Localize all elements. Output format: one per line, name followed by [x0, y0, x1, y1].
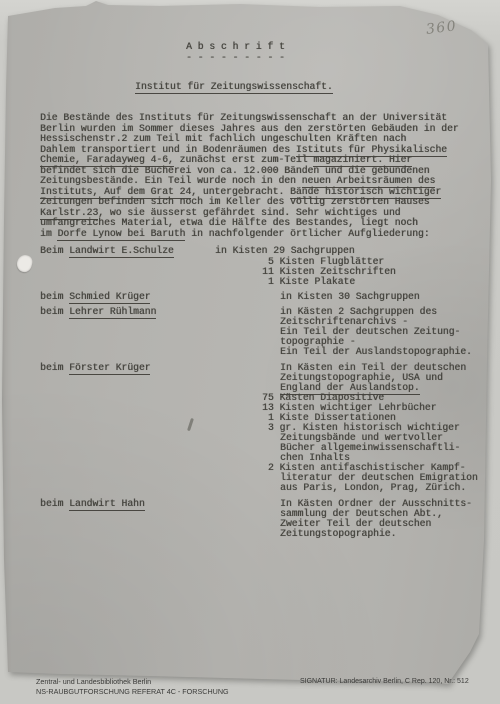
- para-line-9: Zeitungen befinden sich noch im Keller d…: [40, 197, 430, 207]
- title-dashes: - - - - - - - - -: [186, 53, 285, 63]
- entry-schmied-krueger-line-1: in Kisten 30 Sachgruppen: [280, 292, 420, 302]
- archive-footer: Zentral- und Landesbibliothek Berlin NS-…: [0, 676, 500, 704]
- entry-schmied-krueger-label: beim Schmied Krüger: [40, 292, 150, 302]
- entry-schulze-line-1: in Kisten 29 Sachgruppen: [215, 246, 355, 256]
- footer-signature: SIGNATUR: Landesarchiv Berlin, C Rep. 12…: [300, 677, 469, 687]
- para-line-7: Zeitungsbestände. Ein Teil wurde noch in…: [40, 176, 435, 186]
- footer-library-name: Zentral- und Landesbibliothek Berlin: [36, 677, 229, 687]
- entry-foerster-krueger-line-13: aus Paris, London, Prag, Zürich.: [280, 483, 466, 493]
- para-line-5: Chemie, Faradayweg 4-6, zunächst erst zu…: [40, 155, 412, 165]
- para-line-1: Die Bestände des Instituts für Zeitungsw…: [40, 113, 447, 123]
- entry-schulze-label: Beim Landwirt E.Schulze: [40, 246, 174, 256]
- entry-hahn-line-4: Zeitungstopographie.: [280, 529, 396, 539]
- footer-department: NS-RAUBGUTFORSCHUNG REFERAT 4C - FORSCHU…: [36, 687, 229, 697]
- title-abschrift: A b s c h r i f t: [186, 42, 285, 52]
- entry-ruehlmann-label: beim Lehrer Rühlmann: [40, 307, 156, 317]
- para-line-12: im Dorfe Lynow bei Baruth in nachfolgend…: [40, 229, 430, 239]
- entry-hahn-label: beim Landwirt Hahn: [40, 499, 145, 509]
- entry-foerster-krueger-label: beim Förster Krüger: [40, 363, 150, 373]
- para-line-3: Hessischenstr.2 zum Teil mit fachlich un…: [40, 134, 406, 144]
- entry-ruehlmann-line-5: Ein Teil der Auslandstopographie.: [280, 347, 472, 357]
- entry-schulze-line-4: 1 Kiste Plakate: [262, 277, 355, 287]
- typewritten-text-layer: A b s c h r i f t- - - - - - - - -Instit…: [0, 0, 500, 704]
- heading-institut: Institut für Zeitungswissenschaft.: [135, 82, 333, 92]
- scanned-document: A b s c h r i f t- - - - - - - - -Instit…: [0, 0, 500, 704]
- para-line-11: umfangreiches Material, etwa die Hälfte …: [40, 218, 418, 228]
- footer-library-info: Zentral- und Landesbibliothek Berlin NS-…: [36, 677, 229, 696]
